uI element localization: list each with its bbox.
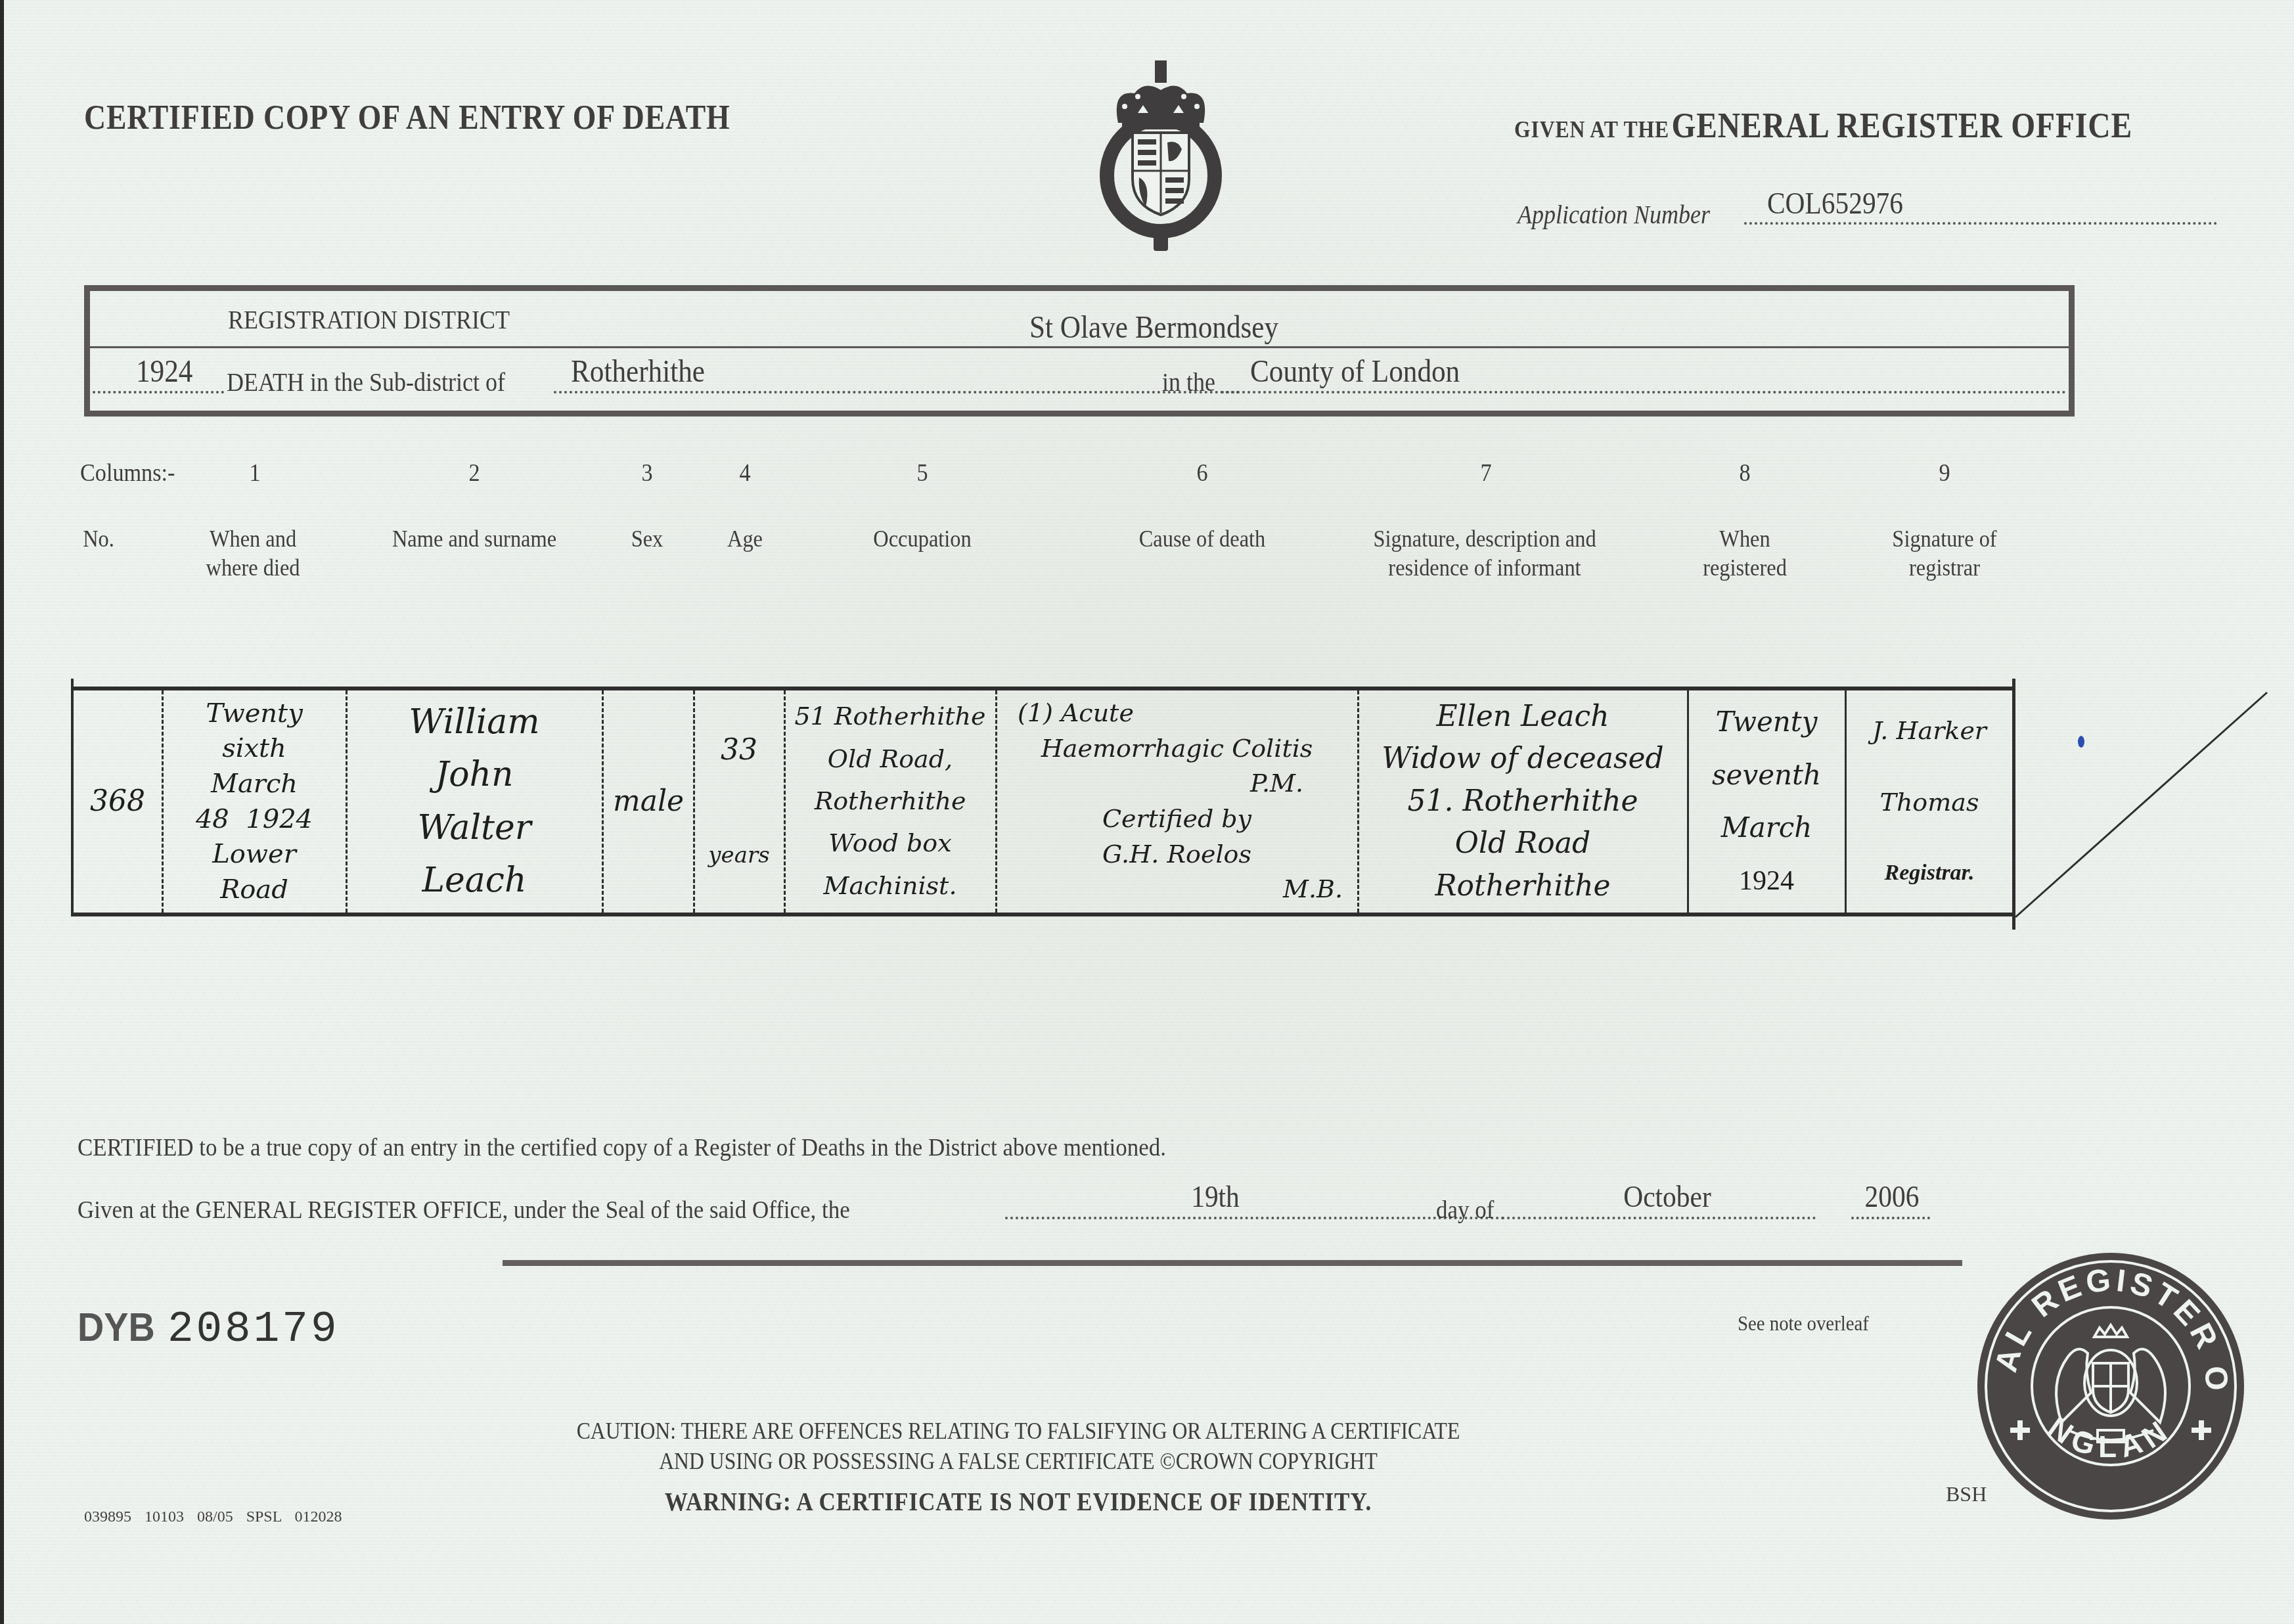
- column-divider: [1357, 690, 1359, 913]
- see-note-overleaf: See note overleaf: [1738, 1311, 1869, 1336]
- handwritten-line: Certified by: [1102, 806, 1251, 832]
- ink-mark: [2078, 736, 2084, 748]
- column-number: 6: [1196, 459, 1207, 487]
- handwritten-line: Twenty: [1716, 708, 1818, 736]
- handwritten-line: Twenty: [206, 700, 303, 727]
- handwritten-line: March: [1721, 813, 1812, 842]
- entry-sex: male: [604, 696, 692, 907]
- column-divider: [784, 690, 786, 913]
- handwritten-line: sixth: [222, 734, 286, 762]
- column-number: 5: [916, 459, 928, 487]
- serial-prefix: DYB: [78, 1304, 155, 1351]
- column-divider: [1687, 690, 1689, 913]
- in-the-label: in the: [1162, 367, 1215, 397]
- column-number: 9: [1939, 459, 1950, 487]
- handwritten-line: Machinist.: [824, 873, 957, 899]
- registrar-signature: Thomas: [1880, 790, 1979, 816]
- handwritten-line: John: [435, 757, 513, 793]
- header-line: When and: [210, 526, 296, 552]
- handwritten-line: male: [613, 786, 684, 817]
- header-when-registered: When registered: [1703, 524, 1787, 582]
- registrar-label: Registrar.: [1885, 861, 1975, 885]
- certificate-day: 19th: [1191, 1179, 1240, 1214]
- entry-no: 368: [75, 696, 160, 907]
- entry-informant: Ellen Leach Widow of deceased 51. Rother…: [1360, 696, 1686, 907]
- death-year: 1924: [246, 804, 313, 834]
- subdistrict-label: DEATH in the Sub-district of: [227, 367, 505, 397]
- columns-label: Columns:-: [80, 459, 175, 487]
- identity-warning: WARNING: A CERTIFICATE IS NOT EVIDENCE O…: [527, 1486, 1510, 1517]
- handwritten-line: 1924: [1739, 867, 1794, 895]
- gro-seal-icon: GENERAL REGISTER OFFICE ENGLAND: [1976, 1252, 2245, 1521]
- handwritten-line: Haemorrhagic Colitis: [1041, 736, 1313, 762]
- registration-district-box: REGISTRATION DISTRICT St Olave Bermondse…: [84, 285, 2075, 417]
- column-number: 3: [641, 459, 652, 487]
- column-number: 8: [1739, 459, 1750, 487]
- handwritten-line: 33: [721, 735, 757, 765]
- entry-no-value: 368: [90, 786, 145, 817]
- handwritten-line: 51 Rotherhithe: [794, 704, 985, 730]
- application-number-label: Application Number: [1518, 199, 1710, 230]
- header-name: Name and surname: [392, 524, 556, 553]
- handwritten-line: Walter: [417, 810, 531, 846]
- handwritten-line: Lower: [212, 840, 296, 868]
- entry-cause-of-death: (1) Acute Haemorrhagic Colitis P.M. Cert…: [998, 696, 1356, 907]
- handwritten-line: P.M.: [1250, 771, 1303, 797]
- header-when-where-died: When and where died: [206, 524, 300, 582]
- gro-header: GIVEN AT THE GENERAL REGISTER OFFICE: [1514, 105, 2132, 146]
- header-line: Signature, description and: [1373, 526, 1596, 552]
- dotted-leader: [93, 391, 224, 394]
- application-number-field: Application Number COL652976: [1518, 191, 2217, 230]
- serial-number: 208179: [168, 1305, 340, 1354]
- header-registrar: Signature of registrar: [1892, 524, 1996, 582]
- handwritten-line: Road: [220, 876, 288, 903]
- handwritten-line: (1) Acute: [1018, 700, 1134, 727]
- dotted-leader: [1005, 1217, 1504, 1219]
- given-at-label: GIVEN AT THE: [1514, 116, 1669, 143]
- handwritten-line: March: [211, 770, 298, 798]
- handwritten-line: William: [409, 704, 539, 740]
- document-title: CERTIFIED COPY OF AN ENTRY OF DEATH: [84, 99, 731, 137]
- house-number: 48: [196, 804, 229, 834]
- dotted-leader: [1851, 1217, 1930, 1219]
- day-of-label: day of: [1436, 1196, 1494, 1225]
- subdistrict-value: Rotherhithe: [571, 353, 705, 390]
- handwritten-line: Widow of deceased: [1382, 744, 1664, 774]
- handwritten-line: Old Road: [1455, 828, 1590, 859]
- column-divider: [1845, 690, 1847, 913]
- header-line: When: [1719, 526, 1770, 552]
- header-informant: Signature, description and residence of …: [1373, 524, 1596, 582]
- certificate-month: October: [1623, 1179, 1711, 1214]
- entry-name: William John Walter Leach: [348, 696, 600, 907]
- given-date-row: Given at the GENERAL REGISTER OFFICE, un…: [78, 1183, 1943, 1229]
- entry-when-registered: Twenty seventh March 1924: [1690, 696, 1843, 907]
- handwritten-line: Wood box: [828, 830, 951, 857]
- handwritten-line: Old Road,: [828, 746, 953, 773]
- divider: [90, 346, 2069, 348]
- column-divider: [162, 690, 164, 913]
- divider-rule: [503, 1260, 1962, 1266]
- given-text: Given at the GENERAL REGISTER OFFICE, un…: [78, 1196, 850, 1225]
- dotted-leader: [554, 391, 1240, 394]
- header-no: No.: [83, 524, 114, 553]
- column-number: 2: [468, 459, 480, 487]
- header-line: registrar: [1909, 554, 1980, 581]
- header-line: where died: [206, 554, 300, 581]
- county-value: County of London: [1250, 353, 1460, 390]
- entry-age: 33 years: [696, 696, 782, 907]
- cancel-line: [2014, 688, 2270, 918]
- handwritten-line: 48 1924: [196, 805, 313, 833]
- entry-occupation: 51 Rotherhithe Old Road, Rotherhithe Woo…: [786, 696, 994, 907]
- handwritten-line: Rotherhithe: [815, 788, 966, 815]
- registration-district-value: St Olave Bermondsey: [1029, 309, 1278, 346]
- table-border: [71, 913, 2015, 916]
- column-number: 7: [1480, 459, 1491, 487]
- handwritten-line: Ellen Leach: [1436, 702, 1609, 732]
- subdistrict-row: 1924 DEATH in the Sub-district of Rother…: [90, 351, 2069, 404]
- column-divider: [602, 690, 604, 913]
- registrar-signature: J. Harker: [1872, 718, 1987, 744]
- header-sex: Sex: [631, 524, 663, 553]
- column-divider: [346, 690, 348, 913]
- entry-registrar: J. Harker Thomas Registrar.: [1847, 696, 2012, 907]
- column-divider: [995, 690, 997, 913]
- handwritten-line: seventh: [1712, 761, 1821, 790]
- caution-notice: CAUTION: THERE ARE OFFENCES RELATING TO …: [527, 1416, 1510, 1476]
- handwritten-line: M.B.: [1283, 876, 1343, 903]
- death-entry-row: 368 Twenty sixth March 48 1924 Lower Roa…: [71, 687, 2015, 916]
- handwritten-line: 51. Rotherhithe: [1407, 786, 1638, 817]
- handwritten-line: Rotherhithe: [1435, 871, 1610, 901]
- column-number: 4: [739, 459, 750, 487]
- dotted-leader: [1221, 391, 2066, 394]
- column-number: 1: [249, 459, 260, 487]
- header-cause: Cause of death: [1139, 524, 1266, 553]
- handwritten-line: G.H. Roelos: [1102, 842, 1251, 868]
- handwritten-line: Leach: [422, 863, 527, 899]
- certificate-serial: DYB208179: [78, 1304, 340, 1354]
- caution-line: CAUTION: THERE ARE OFFENCES RELATING TO …: [527, 1416, 1510, 1446]
- header-line: registered: [1703, 554, 1787, 581]
- scan-edge: [0, 0, 4, 1624]
- certificate-year: 2006: [1865, 1179, 1920, 1214]
- header-line: Signature of: [1892, 526, 1996, 552]
- column-divider: [693, 690, 695, 913]
- dotted-leader: [1744, 222, 2217, 225]
- certification-statement: CERTIFIED to be a true copy of an entry …: [78, 1133, 1166, 1162]
- dotted-leader: [1502, 1217, 1816, 1219]
- death-year: 1924: [136, 353, 192, 390]
- handwritten-line: years: [708, 844, 769, 868]
- header-line: residence of informant: [1388, 554, 1581, 581]
- royal-crest-icon: [1098, 60, 1223, 251]
- table-border: [71, 687, 2015, 690]
- entry-when-where-died: Twenty sixth March 48 1924 Lower Road: [164, 696, 344, 907]
- table-border: [71, 679, 74, 916]
- caution-line: AND USING OR POSSESSING A FALSE CERTIFIC…: [527, 1446, 1510, 1476]
- print-codes: 039895 10103 08/05 SPSL 012028: [84, 1508, 342, 1526]
- registration-district-label: REGISTRATION DISTRICT: [228, 304, 510, 335]
- header-occupation: Occupation: [873, 524, 971, 553]
- header-age: Age: [727, 524, 763, 553]
- application-number-value: COL652976: [1767, 186, 1903, 221]
- gro-title: GENERAL REGISTER OFFICE: [1671, 106, 2132, 145]
